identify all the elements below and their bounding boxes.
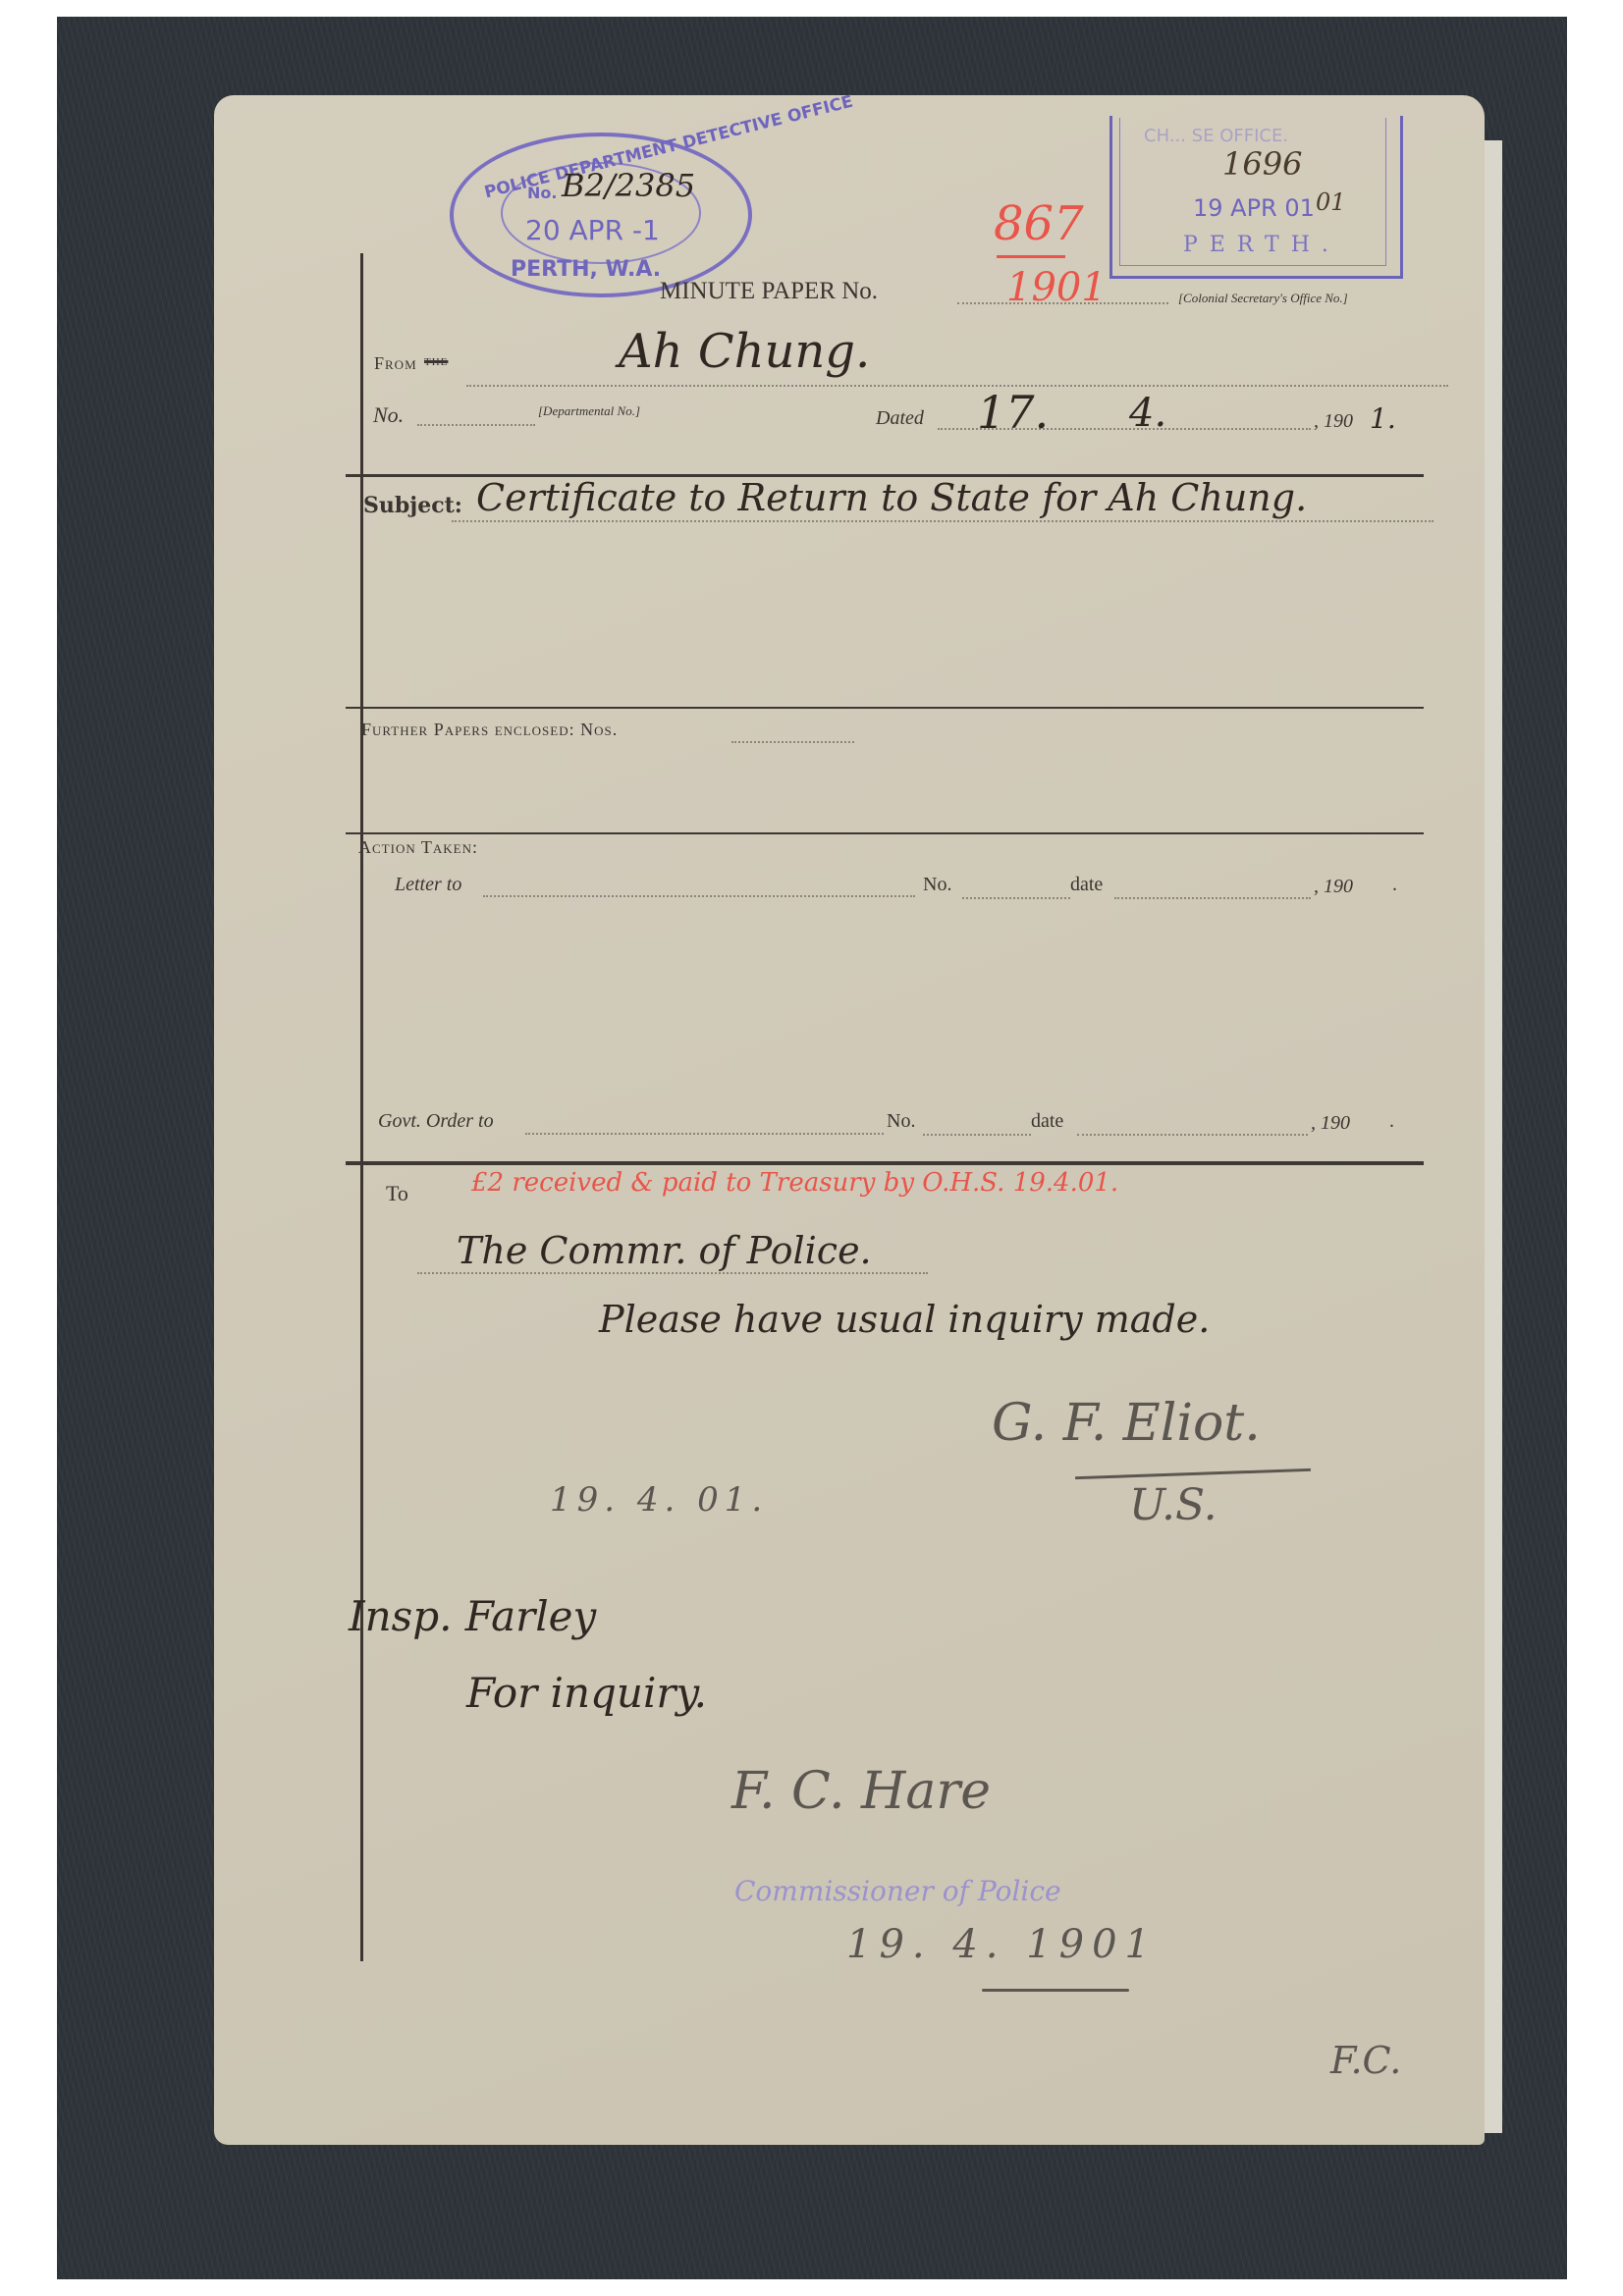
from-label: From — [374, 353, 417, 374]
treasury-red-note: £2 received & paid to Treasury by O.H.S.… — [471, 1168, 1118, 1198]
subject-divider — [346, 707, 1424, 709]
minute2-addressee: Insp. Farley — [349, 1592, 596, 1640]
govt-order-no-label: No. — [887, 1110, 915, 1133]
eliot-title: U.S. — [1129, 1480, 1217, 1530]
minute-paper-number-rule — [997, 255, 1065, 258]
minute2-date: 19. 4. 1901 — [846, 1922, 1158, 1967]
department-no-line — [417, 424, 535, 426]
department-no-note: [Departmental No.] — [538, 403, 640, 419]
eliot-date: 19. 4. 01. — [550, 1480, 768, 1520]
govt-order-label: Govt. Order to — [378, 1110, 494, 1133]
govt-order-date-label: date — [1031, 1110, 1063, 1133]
minute2-instruction: For inquiry. — [466, 1669, 707, 1717]
dated-year-suffix: 1. — [1370, 402, 1396, 435]
police-stamp-location: PERTH, W.A. — [511, 257, 661, 282]
dated-day: 17. — [977, 386, 1049, 439]
eliot-signature: G. F. Eliot. — [992, 1394, 1261, 1453]
govt-order-no-line — [923, 1134, 1031, 1136]
to-instruction: Please have usual inquiry made. — [599, 1298, 1210, 1341]
police-stamp-number: B2/2385 — [562, 167, 695, 204]
action-divider — [346, 1161, 1424, 1165]
letter-no-label: No. — [923, 874, 951, 896]
dated-year-prefix: , 190 — [1314, 410, 1353, 433]
letter-year: , 190 — [1314, 876, 1353, 898]
colonial-stamp-location: PERTH. — [1183, 233, 1340, 257]
letter-date-label: date — [1070, 874, 1103, 896]
letter-to-label: Letter to — [395, 874, 461, 896]
govt-order-date-line — [1077, 1134, 1308, 1136]
department-no-label: No. — [373, 402, 404, 428]
from-struck-text: the — [424, 353, 448, 370]
colonial-office-no-note: [Colonial Secretary's Office No.] — [1178, 291, 1348, 306]
further-papers-label: Further Papers enclosed: Nos. — [361, 720, 618, 740]
subject-value: Certificate to Return to State for Ah Ch… — [476, 476, 1307, 519]
from-value: Ah Chung. — [619, 324, 870, 379]
letter-date-line — [1114, 897, 1311, 899]
minute-paper-title: MINUTE PAPER No. — [660, 278, 878, 305]
commissioner-stamp: Commissioner of Police — [734, 1875, 1061, 1907]
dated-month: 4. — [1129, 391, 1166, 436]
letter-period: . — [1392, 874, 1397, 896]
to-label: To — [386, 1181, 408, 1206]
govt-order-period: . — [1389, 1110, 1394, 1133]
to-addressee-line — [417, 1272, 928, 1274]
police-stamp-date: 20 APR -1 — [525, 214, 660, 246]
minute-paper-number-top: 867 — [994, 196, 1084, 251]
fc-initials: F.C. — [1330, 2039, 1401, 2082]
govt-order-line — [525, 1133, 884, 1135]
minute-paper-number-bottom: 1901 — [1006, 265, 1107, 310]
police-stamp-no-label: No. — [527, 184, 557, 202]
letter-to-line — [483, 895, 915, 897]
govt-order-year: , 190 — [1311, 1112, 1350, 1135]
subject-label: Subject: — [363, 493, 462, 518]
from-line — [466, 385, 1448, 387]
letter-no-line — [962, 897, 1070, 899]
dated-label: Dated — [876, 407, 924, 430]
further-papers-divider — [346, 832, 1424, 834]
subject-line — [452, 520, 1434, 522]
colonial-stamp-date: 19 APR 01 — [1193, 194, 1315, 222]
colonial-stamp-number: 1696 — [1222, 145, 1302, 183]
hare-signature: F. C. Hare — [731, 1762, 991, 1821]
date-flourish — [982, 1989, 1129, 1992]
to-addressee: The Commr. of Police. — [457, 1229, 872, 1272]
further-papers-line — [731, 741, 854, 743]
colonial-stamp-annotation: 01 — [1316, 188, 1346, 216]
colonial-stamp-header: CH... SE OFFICE. — [1144, 126, 1288, 146]
action-taken-label: Action Taken: — [358, 837, 478, 858]
